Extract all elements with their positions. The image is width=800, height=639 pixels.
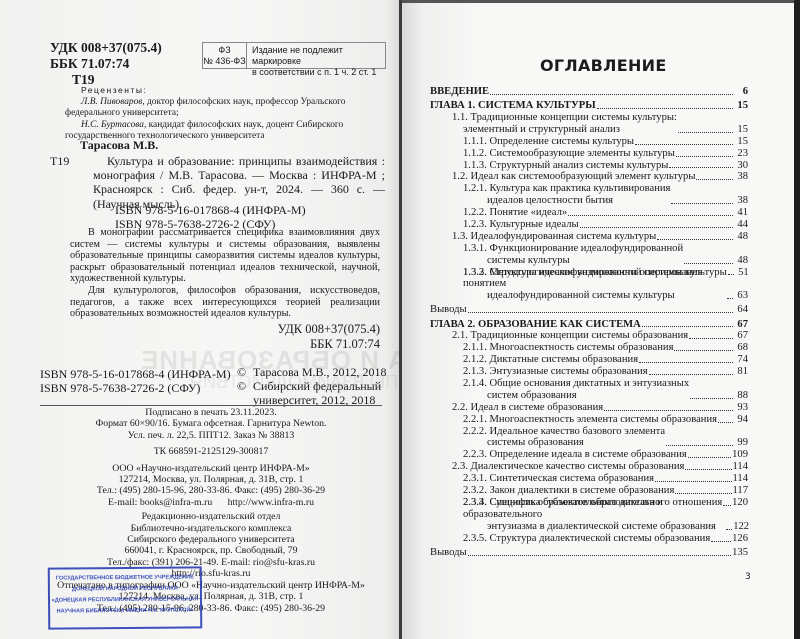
dot-leader	[568, 215, 733, 216]
toc-entry-title: 2.1.2. Диктатные системы образования	[463, 354, 638, 366]
toc-entry-page: 117	[733, 485, 749, 497]
toc-entry-page: 67	[734, 330, 748, 342]
library-stamp: ГОСУДАРСТВЕННОЕ БЮДЖЕТНОЕ УЧРЕЖДЕНИЕ ДОН…	[48, 566, 203, 629]
page-number: 3	[745, 572, 751, 582]
dot-leader	[676, 156, 733, 157]
toc-entry-title: 2.3. Диалектическое качество системы обр…	[452, 461, 684, 473]
toc-entry-label: 2.3.1. Синтетическая система образования	[463, 473, 654, 484]
toc-entry-title: ГЛАВА 2. ОБРАЗОВАНИЕ КАК СИСТЕМА	[430, 319, 641, 331]
toc-entry-title: 1.2.3. Культурные идеалы	[463, 219, 579, 231]
toc-entry-page: 44	[734, 219, 748, 231]
toc-entry-label: 2.2.2. Идеальное качество базового элеме…	[463, 426, 665, 438]
dot-leader	[728, 274, 734, 275]
toc-entry[interactable]: 1.2.2. Понятие «идеал»41	[430, 207, 748, 219]
dot-leader	[642, 326, 733, 327]
toc-entry-label: 2.1.1. Многоаспектность системы образова…	[463, 342, 673, 353]
toc-entry-label: 2.1.2. Диктатные системы образования	[463, 354, 638, 365]
dot-leader	[684, 263, 733, 264]
publisher-name: ООО «Научно-издательский центр ИНФРА-М»	[40, 463, 382, 474]
isbn-infra: ISBN 978-5-16-017868-4 (ИНФРА-М)	[40, 367, 231, 381]
copyright-row: ©Тарасова М.В., 2012, 2018	[237, 365, 387, 379]
publisher-email[interactable]: E-mail: books@infra-m.ru	[108, 497, 212, 508]
law-number: № 436-ФЗ	[203, 56, 246, 67]
dot-leader	[657, 239, 733, 240]
toc-entry-title: 2.2.2. Идеальное качество базового элеме…	[463, 426, 665, 450]
toc-entry-label: Выводы	[430, 304, 467, 315]
dot-leader	[718, 422, 733, 423]
toc-entry-title: ВВЕДЕНИЕ	[430, 86, 489, 98]
toc-entry-title: 2.2.1. Многоаспектность элемента системы…	[463, 414, 717, 426]
toc-entry-page: 6	[734, 86, 748, 98]
age-label-box: ФЗ № 436-ФЗ Издание не подлежит маркиров…	[202, 42, 386, 69]
toc-entry[interactable]: 2.1. Традиционные концепции системы обра…	[430, 330, 748, 342]
dot-leader	[675, 493, 731, 494]
print-format: Формат 60×90/16. Бумага офсетная. Гарнит…	[40, 418, 382, 429]
editorial-complex: Библиотечно-издательского комплекса	[40, 523, 382, 534]
toc-entry-label: 2.1.3. Энтузиазные системы образования	[463, 366, 648, 377]
page-edge	[402, 0, 794, 3]
dot-leader	[666, 445, 733, 446]
toc-entry-title: 1.2.1. Культура как практика культивиров…	[463, 183, 670, 207]
toc-entry-label-continued: систем образования	[463, 390, 689, 402]
toc-entry[interactable]: 1.1.2. Системообразующие элементы культу…	[430, 148, 748, 160]
toc-entry-label: 2.3.4. Сущность образовательного диктата…	[463, 497, 725, 521]
toc-entry-page: 93	[734, 402, 748, 414]
toc-entry-title: 2.1.4. Общие основания диктатных и энтуз…	[463, 378, 689, 402]
toc-entry[interactable]: 2.3.2. Закон диалектики в системе образо…	[430, 485, 748, 497]
toc-entry[interactable]: 2.1.4. Общие основания диктатных и энтуз…	[430, 378, 748, 402]
editorial-university: Сибирского федерального университета	[40, 534, 382, 545]
toc-entry-label-continued: элементный и структурный анализ	[452, 124, 677, 136]
copyright-icon: ©	[237, 365, 253, 379]
toc-entry-title: Выводы	[430, 304, 467, 316]
toc-entry-title: 2.1. Традиционные концепции системы обра…	[452, 330, 688, 342]
toc-entry-label: 2.3.5. Структура диалектической системы …	[463, 533, 710, 544]
author-mark-side: Т19	[50, 154, 69, 169]
toc-entry-title: 1.1.2. Системообразующие элементы культу…	[463, 148, 675, 160]
dot-leader	[669, 167, 733, 168]
toc-title: ОГЛАВЛЕНИЕ	[540, 56, 667, 75]
law-name: ФЗ	[203, 45, 246, 56]
toc-entry-title: 2.1.1. Многоаспектность системы образова…	[463, 342, 673, 354]
toc-entry-page: 122	[733, 521, 748, 533]
toc-entry-page: 41	[734, 207, 748, 219]
dot-leader	[671, 203, 733, 204]
dot-leader	[635, 144, 733, 145]
publisher-url[interactable]: http://www.infra-m.ru	[228, 497, 314, 508]
toc-entry-label: 2.1.4. Общие основания диктатных и энтуз…	[463, 378, 689, 390]
copyright-university: Сибирский федеральный	[253, 379, 381, 393]
toc-entry-label: 1.1.1. Определение системы культуры	[463, 136, 634, 147]
author-name: Тарасова М.В.	[80, 138, 158, 153]
toc-entry-title: 1.1. Традиционные концепции системы куль…	[452, 112, 677, 136]
toc-entry-title: 2.3.5. Структура диалектической системы …	[463, 533, 710, 545]
reviewer-entry: Л.В. Пивоваров, доктор философских наук,…	[65, 97, 385, 120]
toc-entry[interactable]: 2.3. Диалектическое качество системы обр…	[430, 461, 748, 473]
publisher-contacts: E-mail: books@infra-m.ru http://www.infr…	[40, 497, 382, 508]
toc-entry-page: 38	[734, 171, 748, 183]
isbn-list-bottom: ISBN 978-5-16-017868-4 (ИНФРА-М) ISBN 97…	[40, 367, 231, 395]
toc-entry[interactable]: 1.2. Идеал как системообразующий элемент…	[430, 171, 748, 183]
toc-entry[interactable]: Выводы64	[430, 304, 748, 316]
toc-entry[interactable]: 2.2. Идеал в системе образования93	[430, 402, 748, 414]
toc-entry[interactable]: 2.3.5. Структура диалектической системы …	[430, 533, 748, 545]
reviewer-name: Н.С. Буртасова	[81, 120, 144, 130]
toc-entry-label: ВВЕДЕНИЕ	[430, 86, 489, 97]
divider	[40, 405, 382, 406]
toc-entry-page: 114	[733, 461, 749, 473]
dot-leader	[688, 457, 731, 458]
annotation: В монографии рассматривается специфика в…	[70, 227, 380, 320]
dot-leader	[678, 132, 733, 133]
toc-entry-page: 120	[732, 497, 748, 509]
dot-leader	[580, 227, 733, 228]
label-notice: Издание не подлежит маркировке в соответ…	[247, 43, 385, 68]
dot-leader	[655, 481, 732, 482]
toc-entry-title: ГЛАВА 1. СИСТЕМА КУЛЬТУРЫ	[430, 100, 596, 112]
toc-entry-label: 2.3.2. Закон диалектики в системе образо…	[463, 485, 674, 496]
toc-entry-label: 2.1. Традиционные концепции системы обра…	[452, 330, 688, 341]
toc-entry-page: 94	[734, 414, 748, 426]
toc-entry-page: 74	[734, 354, 748, 366]
toc-entry-label: 2.2.3. Определение идеала в системе обра…	[463, 449, 687, 460]
toc-entry[interactable]: 1.2.1. Культура как практика культивиров…	[430, 183, 748, 207]
toc-entry-page: 109	[732, 449, 748, 461]
toc-entry-label: 1.2.1. Культура как практика культивиров…	[463, 183, 670, 195]
toc-entry-page: 64	[734, 304, 748, 316]
toc-entry-label: 1.3.3. Методологические возможности опер…	[463, 267, 726, 291]
toc-entry[interactable]: 1.1. Традиционные концепции системы куль…	[430, 112, 748, 136]
publisher-phone: Тел.: (495) 280-15-96, 280-33-86. Факс: …	[40, 485, 382, 496]
toc-entry[interactable]: 2.1.2. Диктатные системы образования74	[430, 354, 748, 366]
dot-leader	[689, 338, 733, 339]
toc-entry[interactable]: 2.2.3. Определение идеала в системе обра…	[430, 449, 748, 461]
table-of-contents: ВВЕДЕНИЕ6ГЛАВА 1. СИСТЕМА КУЛЬТУРЫ151.1.…	[430, 86, 748, 559]
toc-entry-page: 48	[734, 231, 748, 243]
toc-entry-label: 1.3.1. Функционирование идеалофундирован…	[463, 243, 683, 255]
toc-entry[interactable]: 2.3.1. Синтетическая система образования…	[430, 473, 748, 485]
toc-entry-label: 1.1. Традиционные концепции системы куль…	[452, 112, 677, 124]
isbn-infra: ISBN 978-5-16-017868-4 (ИНФРА-М)	[115, 203, 306, 217]
reviewer-name: Л.В. Пивоваров	[81, 97, 142, 107]
notice-line: Издание не подлежит маркировке	[252, 45, 385, 67]
toc-entry-page: 99	[734, 437, 748, 449]
toc-entry-label: 1.2.2. Понятие «идеал»	[463, 207, 567, 218]
udk-code-repeat: УДК 008+37(075.4)	[278, 322, 380, 337]
dot-leader	[727, 298, 733, 299]
toc-entry-page: 135	[732, 547, 748, 559]
toc-entry-label: Выводы	[430, 547, 467, 558]
toc-entry[interactable]: 2.1.3. Энтузиазные системы образования81	[430, 366, 748, 378]
dot-leader	[690, 398, 733, 399]
toc-entry-page: 114	[733, 473, 749, 485]
copyright-icon: ©	[237, 379, 253, 393]
toc-entry-title: 1.3. Идеалофундированная система культур…	[452, 231, 656, 243]
toc-entry-label: 1.2.3. Культурные идеалы	[463, 219, 579, 230]
toc-entry-label-continued: энтузиазма в диалектической системе обра…	[463, 521, 725, 533]
toc-entry-page: 30	[734, 160, 748, 172]
toc-entry-page: 48	[734, 255, 748, 267]
copyright-block: ©Тарасова М.В., 2012, 2018 ©Сибирский фе…	[237, 365, 387, 407]
toc-entry-label-continued: идеалов целостности бытия	[463, 195, 670, 207]
toc-entry-page: 81	[734, 366, 748, 378]
toc-entry-title: 2.1.3. Энтузиазные системы образования	[463, 366, 648, 378]
law-reference: ФЗ № 436-ФЗ	[203, 43, 247, 68]
dot-leader	[674, 350, 733, 351]
toc-entry[interactable]: 1.2.3. Культурные идеалы44	[430, 219, 748, 231]
notice-line: в соответствии с п. 1 ч. 2 ст. 1	[252, 67, 385, 78]
toc-entry-title: 1.3.1. Функционирование идеалофундирован…	[463, 243, 683, 267]
toc-entry-title: 1.1.1. Определение системы культуры	[463, 136, 634, 148]
reviewers-heading: Рецензенты:	[81, 85, 385, 97]
dot-leader	[468, 555, 731, 556]
copyright-row: ©Сибирский федеральный	[237, 379, 387, 393]
toc-entry-label: 2.3. Диалектическое качество системы обр…	[452, 461, 684, 472]
toc-entry[interactable]: 1.3.3. Методологические возможности опер…	[430, 278, 748, 302]
annotation-audience: Для культурологов, философов образования…	[70, 285, 380, 320]
toc-entry[interactable]: ГЛАВА 1. СИСТЕМА КУЛЬТУРЫ15	[430, 100, 748, 112]
toc-entry-title: 2.3.4. Сущность образовательного диктата…	[463, 497, 725, 533]
toc-entry[interactable]: 2.1.1. Многоаспектность системы образова…	[430, 342, 748, 354]
toc-entry[interactable]: 1.3. Идеалофундированная система культур…	[430, 231, 748, 243]
tk-code: ТК 668591-2125129-300817	[40, 446, 382, 457]
left-page-imprint: УДК 008+37(075.4) ББК 71.07:74 Т19 ФЗ № …	[0, 0, 402, 639]
toc-entry[interactable]: ВВЕДЕНИЕ6	[430, 86, 748, 98]
stamp-line: НАУЧНАЯ БИБЛИОТЕКА ИМЕНИ Н.К. КРУПСКОЙ»	[50, 605, 200, 617]
toc-entry-title: 2.3.2. Закон диалектики в системе образо…	[463, 485, 674, 497]
toc-entry-page: 15	[734, 100, 748, 112]
toc-entry-label-continued: системы культуры	[463, 255, 683, 267]
classification-header: УДК 008+37(075.4) ББК 71.07:74 Т19	[50, 40, 162, 88]
copyright-author: Тарасова М.В., 2012, 2018	[253, 365, 387, 379]
toc-entry-title: Выводы	[430, 547, 467, 559]
dot-leader	[696, 179, 733, 180]
toc-entry-page: 68	[734, 342, 748, 354]
editorial-dept: Редакционно-издательский отдел	[40, 511, 382, 522]
toc-entry-label: 2.2.1. Многоаспектность элемента системы…	[463, 414, 717, 425]
dot-leader	[726, 529, 732, 530]
toc-entry-page: 51	[735, 267, 749, 279]
dot-leader	[597, 108, 733, 109]
toc-entry-title: 2.2. Идеал в системе образования	[452, 402, 603, 414]
toc-entry-page: 15	[734, 136, 748, 148]
toc-entry-label-continued: идеалофундированной системы культуры	[463, 290, 726, 302]
annotation-paragraph: В монографии рассматривается специфика в…	[70, 227, 380, 285]
toc-entry-label: ГЛАВА 2. ОБРАЗОВАНИЕ КАК СИСТЕМА	[430, 319, 641, 330]
toc-entry-title: 1.2. Идеал как системообразующий элемент…	[452, 171, 695, 183]
toc-entry-label: 1.2. Идеал как системообразующий элемент…	[452, 171, 695, 182]
toc-entry-page: 126	[732, 533, 748, 545]
toc-entry[interactable]: ГЛАВА 2. ОБРАЗОВАНИЕ КАК СИСТЕМА67	[430, 319, 748, 331]
toc-entry[interactable]: 1.3.1. Функционирование идеалофундирован…	[430, 243, 748, 267]
toc-entry-label: 1.1.3. Структурный анализ системы культу…	[463, 160, 668, 171]
toc-entry-page: 15	[734, 124, 748, 136]
signed-date: Подписано в печать 23.11.2023.	[40, 407, 382, 418]
toc-entry-label: ГЛАВА 1. СИСТЕМА КУЛЬТУРЫ	[430, 100, 596, 111]
toc-entry[interactable]: 2.2.2. Идеальное качество базового элеме…	[430, 426, 748, 450]
udk-code: УДК 008+37(075.4)	[50, 40, 162, 56]
dot-leader	[685, 469, 731, 470]
dot-leader	[468, 312, 733, 313]
toc-entry-page: 88	[734, 390, 748, 402]
toc-entry-label: 1.3. Идеалофундированная система культур…	[452, 231, 656, 242]
publisher-address: 127214, Москва, ул. Полярная, д. 31В, ст…	[40, 474, 382, 485]
bbk-code: ББК 71.07:74	[50, 56, 162, 72]
dot-leader	[649, 374, 733, 375]
page-edge	[794, 0, 800, 639]
toc-entry-title: 1.3.3. Методологические возможности опер…	[463, 267, 726, 303]
toc-entry-title: 1.1.3. Структурный анализ системы культу…	[463, 160, 668, 172]
reviewers-section: Рецензенты: Л.В. Пивоваров, доктор филос…	[65, 85, 385, 143]
dot-leader	[639, 362, 733, 363]
toc-entry-title: 1.2.2. Понятие «идеал»	[463, 207, 567, 219]
print-sheets: Усл. печ. л. 22,5. ППТ12. Заказ № 38813	[40, 430, 382, 441]
toc-entry[interactable]: 2.3.4. Сущность образовательного диктата…	[430, 509, 748, 533]
dot-leader	[490, 94, 733, 95]
isbn-sfu: ISBN 978-5-7638-2726-2 (СФУ)	[40, 381, 231, 395]
toc-entry-title: 2.2.3. Определение идеала в системе обра…	[463, 449, 687, 461]
toc-entry[interactable]: 2.2.1. Многоаспектность элемента системы…	[430, 414, 748, 426]
toc-entry-label: 1.1.2. Системообразующие элементы культу…	[463, 148, 675, 159]
dot-leader	[604, 410, 733, 411]
book-spread: УДК 008+37(075.4) ББК 71.07:74 Т19 ФЗ № …	[0, 0, 800, 639]
toc-entry-label: 2.2. Идеал в системе образования	[452, 402, 603, 413]
toc-entry-label-continued: системы образования	[463, 437, 665, 449]
toc-entry[interactable]: 1.1.3. Структурный анализ системы культу…	[430, 160, 748, 172]
toc-entry-page: 67	[734, 319, 748, 331]
toc-entry-page: 38	[734, 195, 748, 207]
toc-entry-page: 63	[734, 290, 748, 302]
toc-entry[interactable]: 1.1.1. Определение системы культуры15	[430, 136, 748, 148]
toc-entry[interactable]: Выводы135	[430, 547, 748, 559]
editorial-address: 660041, г. Красноярск, пр. Свободный, 79	[40, 545, 382, 556]
toc-entry-page: 23	[734, 148, 748, 160]
toc-entry-title: 2.3.1. Синтетическая система образования	[463, 473, 654, 485]
dot-leader	[711, 541, 731, 542]
